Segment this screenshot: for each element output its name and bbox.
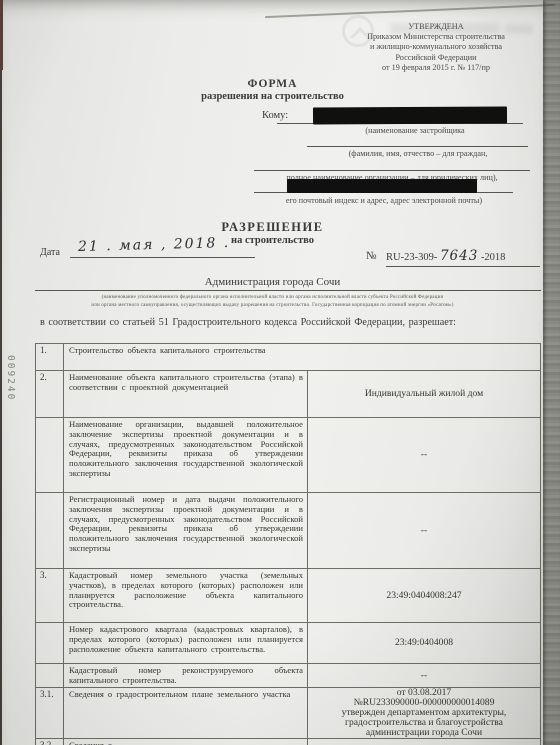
permit-number-suffix: -2018 <box>481 252 506 263</box>
table-row: Регистрационный номер и дата выдачи поло… <box>36 493 540 569</box>
permit-number-label: № <box>366 250 377 262</box>
redaction-box <box>313 106 507 124</box>
form-title: ФОРМА разрешения на строительство <box>0 78 545 102</box>
row-label: Кадастровый номер земельного участка (зе… <box>64 569 308 622</box>
photo-background-strip <box>543 0 560 745</box>
row-number: 3.1. <box>36 688 64 738</box>
row-number: 2. <box>36 371 64 417</box>
row-value <box>308 739 540 745</box>
approval-line: УТВЕРЖДЕНА <box>325 22 547 32</box>
row-label: Строительство объекта капитального строи… <box>64 344 540 370</box>
permit-table: 1. Строительство объекта капитального ст… <box>35 343 541 745</box>
row-number: 3.2 <box>36 739 64 745</box>
date-underline <box>70 257 255 258</box>
row-label: Регистрационный номер и дата выдачи поло… <box>64 493 308 568</box>
document-photo: УТВЕРЖДЕНА Приказом Министерства строите… <box>0 0 560 745</box>
authority-caption: (наименование уполномоченного федерально… <box>20 294 525 310</box>
row-value: -- <box>308 493 540 568</box>
addressee-line-2 <box>307 146 528 147</box>
authority-caption-line2: или органа местного самоуправления, осущ… <box>20 302 525 310</box>
row-number: 3. <box>36 569 64 622</box>
authority-underline <box>35 290 541 291</box>
addressee-line-3 <box>254 170 530 171</box>
authority-name: Администрация города Сочи <box>0 276 545 288</box>
addressee-label: Кому: <box>262 110 288 121</box>
row-value: 23:49:0404008:247 <box>308 569 540 622</box>
row-value: от 03.08.2017 №RU233090000-0000000000140… <box>308 688 540 738</box>
row-number <box>36 664 64 687</box>
row-label: Сведения о градостроительном плане земел… <box>64 688 308 738</box>
addressee-caption-4: его почтовый индекс и адрес, адрес элект… <box>248 196 520 205</box>
form-title-line1: ФОРМА <box>0 78 545 90</box>
table-row: Кадастровый номер реконструируемого объе… <box>36 664 540 688</box>
row-value: -- <box>308 664 540 687</box>
row-value: Индивидуальный жилой дом <box>308 371 540 417</box>
row-value: -- <box>308 418 540 492</box>
row-label: Наименование организации, выдавшей полож… <box>64 418 308 492</box>
table-row: 1. Строительство объекта капитального ст… <box>36 344 540 371</box>
form-title-line2: разрешения на строительство <box>0 91 545 102</box>
approval-block: УТВЕРЖДЕНА Приказом Министерства строите… <box>325 22 547 73</box>
row-label: Кадастровый номер реконструируемого объе… <box>64 664 308 687</box>
row-label: Наименование объекта капитального строит… <box>64 371 308 417</box>
row-number <box>36 493 64 568</box>
redaction-box <box>287 179 477 193</box>
approval-line: Приказом Министерства строительства <box>325 32 547 42</box>
permit-number-handwritten: 7643 <box>440 248 478 264</box>
table-row: 3.2 Сведения о <box>36 739 540 745</box>
stamp-serial-number: 009240 <box>5 355 16 435</box>
permit-title-line1: РАЗРЕШЕНИЕ <box>0 220 545 235</box>
permit-number-value: RU-23-309- 7643 -2018 <box>386 248 540 267</box>
addressee-caption-1: (наименование застройщика <box>300 126 530 135</box>
approval-line: от 19 февраля 2015 г. № 117/пр <box>325 63 547 73</box>
row-label: Номер кадастрового квартала (кадастровых… <box>64 623 308 663</box>
row-label: Сведения о <box>64 739 308 745</box>
approval-line: Российской Федерации <box>325 53 547 63</box>
table-row: Наименование организации, выдавшей полож… <box>36 418 540 493</box>
permit-number-prefix: RU-23-309- <box>386 252 437 263</box>
authority-caption-line1: (наименование уполномоченного федерально… <box>20 294 525 302</box>
row-number <box>36 418 64 492</box>
date-label: Дата <box>40 247 60 258</box>
row-value: 23:49:0404008 <box>308 623 540 663</box>
table-row: Номер кадастрового квартала (кадастровых… <box>36 623 540 664</box>
row-number: 1. <box>36 344 64 370</box>
table-row: 3.1. Сведения о градостроительном плане … <box>36 688 540 739</box>
photo-left-edge <box>0 0 2 745</box>
row-number <box>36 623 64 663</box>
approval-line: и жилищно-коммунального хозяйства <box>325 42 547 52</box>
photo-left-edge-shadow <box>0 0 3 70</box>
intro-clause: в соответствии со статьей 51 Градостроит… <box>40 317 545 328</box>
table-row: 2. Наименование объекта капитального стр… <box>36 371 540 418</box>
table-row: 3. Кадастровый номер земельного участка … <box>36 569 540 623</box>
addressee-caption-2: (фамилия, имя, отчество – для граждан, <box>300 149 536 158</box>
